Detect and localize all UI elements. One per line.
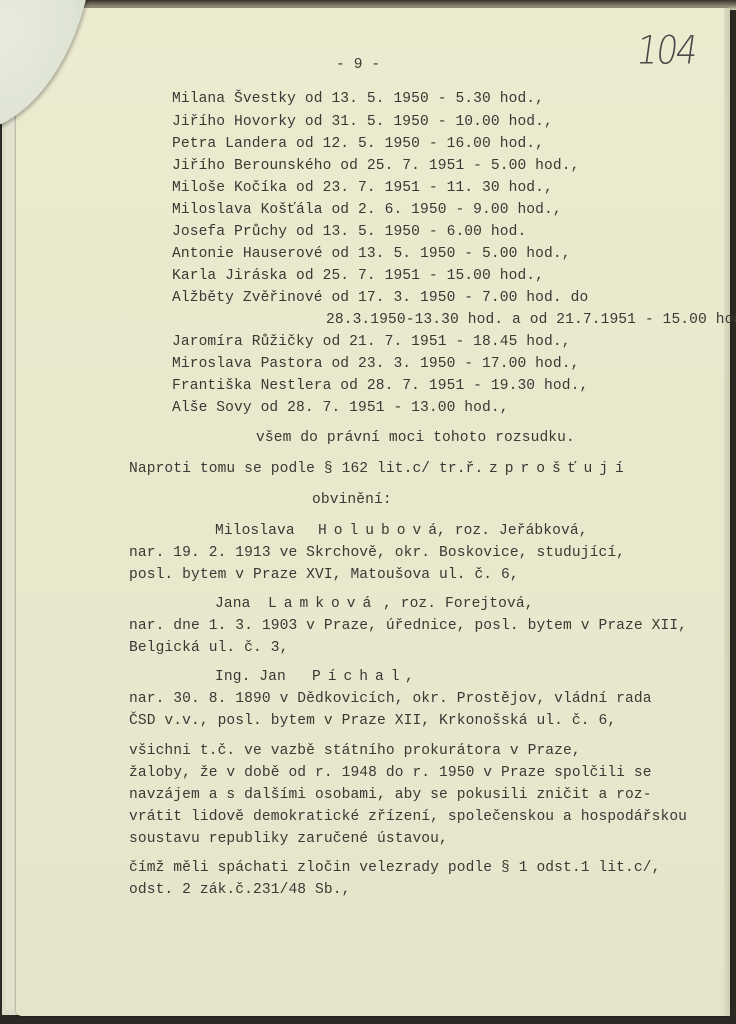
custody-line: Miloslava Košťála od 2. 6. 1950 - 9.00 h…	[172, 203, 562, 218]
charge-line: navzájem a s dalšími osobami, aby se pok…	[129, 788, 652, 803]
defendant-maiden-name: , roz. Forejtová,	[383, 597, 534, 612]
charge-line: žaloby, že v době od r. 1948 do r. 1950 …	[129, 766, 652, 781]
custody-line: Petra Landera od 12. 5. 1950 - 16.00 hod…	[172, 137, 544, 152]
acquittal-intro: Naproti tomu se podle § 162 lit.c/ tr.ř.	[129, 462, 483, 477]
defendant-details: nar. dne 1. 3. 1903 v Praze, úřednice, p…	[129, 619, 687, 634]
defendant-surname: Lamková	[268, 597, 378, 612]
defendant-details: Belgická ul. č. 3,	[129, 641, 288, 656]
handwritten-folio-number: 104	[634, 28, 699, 74]
offense-line: čímž měli spáchati zločin velezrady podl…	[129, 861, 660, 876]
charge-line: soustavu republiky zaručené ústavou,	[129, 832, 448, 847]
defendant-details: posl. bytem v Praze XVI, Matoušova ul. č…	[129, 568, 519, 583]
scanned-document-view: 104 - 9 - Milana Švestky od 13. 5. 1950 …	[0, 0, 736, 1024]
defendant-details: nar. 30. 8. 1890 v Dědkovicích, okr. Pro…	[129, 692, 652, 707]
custody-line: Miloše Kočíka od 23. 7. 1951 - 11. 30 ho…	[172, 181, 553, 196]
acquittal-object: obvinění:	[312, 493, 392, 508]
defendant-maiden-name: , roz. Jeřábková,	[437, 524, 588, 539]
custody-line-continuation: 28.3.1950-13.30 hod. a od 21.7.1951 - 15…	[326, 313, 736, 328]
custody-line: Josefa Průchy od 13. 5. 1950 - 6.00 hod.	[172, 225, 526, 240]
acquittal-verb: zprošťují	[489, 462, 631, 477]
page-number: - 9 -	[336, 58, 380, 73]
custody-line: Karla Jiráska od 25. 7. 1951 - 15.00 hod…	[172, 269, 544, 284]
charge-line: vrátit lidově demokratické zřízení, spol…	[129, 810, 687, 825]
charge-line: všichni t.č. ve vazbě státního prokuráto…	[129, 744, 581, 759]
offense-line: odst. 2 zák.č.231/48 Sb.,	[129, 883, 350, 898]
custody-line: Jaromíra Růžičky od 21. 7. 1951 - 18.45 …	[172, 335, 571, 350]
page-edge	[724, 8, 730, 1016]
custody-line: Jiřího Hovorky od 31. 5. 1950 - 10.00 ho…	[172, 115, 553, 130]
custody-line: Františka Nestlera od 28. 7. 1951 - 19.3…	[172, 379, 588, 394]
defendant-first-name: Ing. Jan	[215, 670, 286, 685]
custody-line: Antonie Hauserové od 13. 5. 1950 - 5.00 …	[172, 247, 571, 262]
custody-line: Jiřího Berounského od 25. 7. 1951 - 5.00…	[172, 159, 579, 174]
custody-line: Alše Sovy od 28. 7. 1951 - 13.00 hod.,	[172, 401, 509, 416]
custody-closing: všem do právní moci tohoto rozsudku.	[256, 431, 575, 446]
defendant-maiden-name: ,	[405, 670, 414, 685]
defendant-details: ČSD v.v., posl. bytem v Praze XII, Krkon…	[129, 714, 616, 729]
custody-line: Alžběty Zvěřinové od 17. 3. 1950 - 7.00 …	[172, 291, 588, 306]
defendant-first-name: Jana	[215, 597, 250, 612]
defendant-surname: Holubová	[318, 524, 444, 539]
defendant-details: nar. 19. 2. 1913 ve Skrchově, okr. Bosko…	[129, 546, 625, 561]
custody-line: Milana Švestky od 13. 5. 1950 - 5.30 hod…	[172, 92, 544, 107]
custody-line: Miroslava Pastora od 23. 3. 1950 - 17.00…	[172, 357, 579, 372]
defendant-first-name: Miloslava	[215, 524, 295, 539]
defendant-surname: Píchal	[312, 670, 407, 685]
